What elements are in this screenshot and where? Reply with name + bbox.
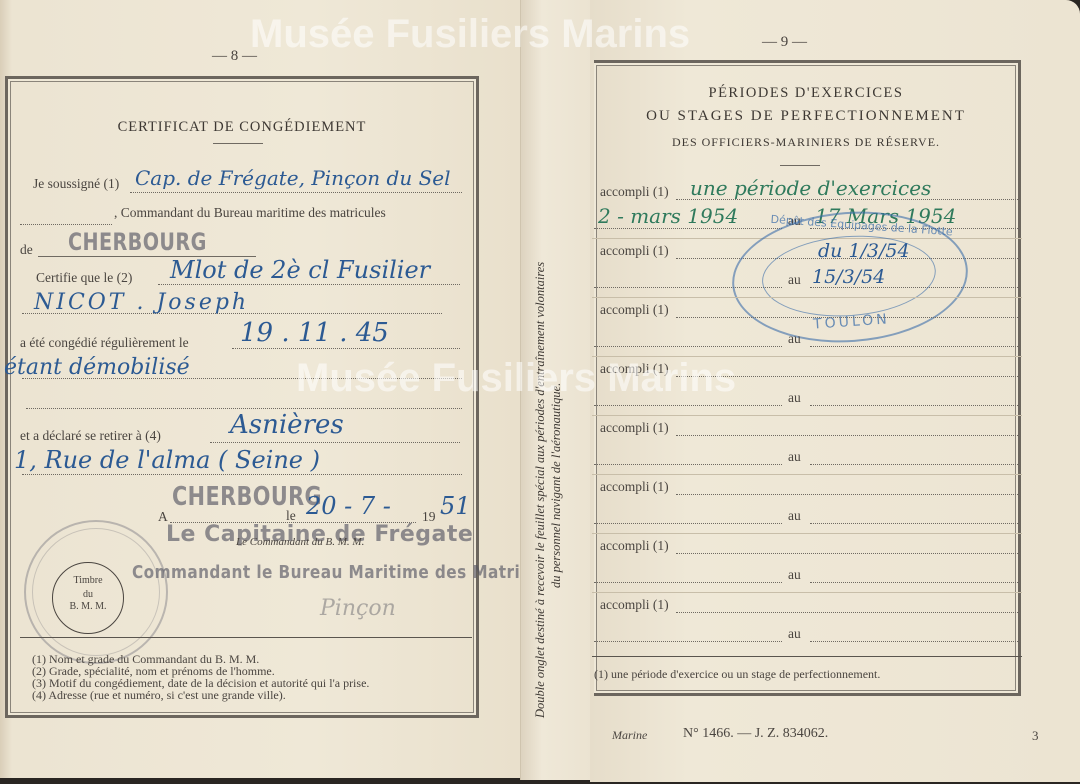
- soussigne-handwritten: Cap. de Frégate, Pinçon du Sel: [135, 166, 451, 190]
- from-line: [594, 405, 782, 406]
- grade-handwritten: Mlot de 2è cl Fusilier: [170, 256, 430, 284]
- accompli-line: [676, 612, 1020, 613]
- au-label: au: [788, 331, 801, 347]
- timbre-line1: Timbre: [53, 575, 123, 586]
- page-number-9: — 9 —: [762, 34, 807, 51]
- au-label: au: [788, 449, 801, 465]
- row-separator: [592, 533, 1022, 534]
- accompli-label: accompli (1): [600, 420, 669, 436]
- accompli-line: [676, 435, 1020, 436]
- imprint-marine: Marine: [612, 728, 647, 743]
- adresse-handwritten: 1, Rue de l'alma ( Seine ): [14, 446, 320, 474]
- to-line: [810, 523, 1020, 524]
- commandant-line: [20, 224, 112, 225]
- footnote-4: (4) Adresse (rue et numéro, si c'est une…: [32, 688, 286, 703]
- certifie-label: Certifie que le (2): [36, 270, 132, 286]
- to-line: [810, 582, 1020, 583]
- periods-title-line1: PÉRIODES D'EXERCICES: [594, 85, 1018, 102]
- to-line: [810, 641, 1020, 642]
- cherbourg-stamp-2: CHERBOURG: [172, 482, 322, 512]
- footnote-rule-right: [592, 656, 1022, 657]
- soussigne-line: [130, 192, 462, 193]
- from-line: [594, 346, 782, 347]
- accompli-label: accompli (1): [600, 597, 669, 613]
- retire-line: [210, 442, 460, 443]
- au-label: au: [788, 390, 801, 406]
- signature-caption: Le Commandant du B. M. M.: [236, 536, 364, 548]
- signature: Pinçon: [320, 596, 396, 621]
- row-separator: [592, 474, 1022, 475]
- commandant-stamp: Commandant le Bureau Maritime des Matric…: [132, 562, 567, 583]
- au-label: au: [788, 626, 801, 642]
- cherbourg-stamp: CHERBOURG: [68, 228, 207, 256]
- from-line: [594, 228, 782, 229]
- row-separator: [592, 415, 1022, 416]
- onglet-text-line1: Double onglet destiné à recevoir le feui…: [533, 262, 548, 718]
- to-line: [810, 346, 1020, 347]
- from-line: [594, 464, 782, 465]
- onglet-text-line2: du personnel navigant de l'aéronautique.: [549, 383, 564, 588]
- accompli-handwritten: une période d'exercices: [690, 176, 931, 200]
- timbre-circle: Timbre du B. M. M.: [52, 562, 124, 634]
- to-line: [810, 405, 1020, 406]
- row-separator: [592, 297, 1022, 298]
- oval-inner: [759, 230, 938, 322]
- timbre-line2: du: [53, 589, 123, 600]
- certifie-line: [158, 284, 460, 285]
- from-line: [594, 523, 782, 524]
- au-label: au: [788, 508, 801, 524]
- motif-line-2: [26, 408, 462, 409]
- ville-handwritten: Asnières: [230, 410, 344, 440]
- commandant-label: , Commandant du Bureau maritime des matr…: [114, 205, 386, 221]
- sheet-number: 3: [1032, 728, 1039, 744]
- watermark-middle: Musée Fusiliers Marins: [296, 356, 736, 401]
- from-line: [594, 641, 782, 642]
- from-date-handwritten: 2 - mars 1954: [598, 204, 738, 228]
- au-label: au: [788, 567, 801, 583]
- motif-handwritten: étant démobilisé: [4, 355, 190, 380]
- accompli-line: [676, 494, 1020, 495]
- year-handwritten: 51: [440, 492, 471, 520]
- accompli-label: accompli (1): [600, 184, 669, 200]
- from-line: [594, 582, 782, 583]
- adresse-line: [22, 474, 462, 475]
- accompli-label: accompli (1): [600, 302, 669, 318]
- title-rule: [213, 143, 263, 144]
- imprint-number: N° 1466. — J. Z. 834062.: [683, 726, 828, 742]
- accompli-line: [676, 553, 1020, 554]
- retire-label: et a déclaré se retirer à (4): [20, 428, 161, 444]
- accompli-label: accompli (1): [600, 479, 669, 495]
- de-label: de: [20, 242, 33, 258]
- conge-date-handwritten: 19 . 11 . 45: [240, 318, 389, 348]
- footnote-rule: [20, 637, 472, 638]
- conge-line: [232, 348, 460, 349]
- periods-footnote: (1) une période d'exercice ou un stage d…: [594, 667, 880, 682]
- row-separator: [592, 592, 1022, 593]
- accompli-line: [676, 317, 1020, 318]
- accompli-label: accompli (1): [600, 243, 669, 259]
- timbre-line3: B. M. M.: [53, 601, 123, 612]
- periods-title-line2: OU STAGES DE PERFECTIONNEMENT: [594, 108, 1018, 125]
- soussigne-label: Je soussigné (1): [33, 176, 119, 192]
- certificate-title: CERTIFICAT DE CONGÉDIEMENT: [8, 119, 476, 136]
- date-handwritten: 20 - 7 -: [306, 492, 391, 520]
- periods-title-line3: DES OFFICIERS-MARINIERS DE RÉSERVE.: [594, 135, 1018, 150]
- to-line: [810, 464, 1020, 465]
- name-handwritten: NICOT . Joseph: [34, 290, 249, 315]
- conge-label: a été congédié régulièrement le: [20, 335, 189, 351]
- watermark-top: Musée Fusiliers Marins: [250, 12, 690, 57]
- accompli-label: accompli (1): [600, 538, 669, 554]
- title-rule-right: [780, 165, 820, 166]
